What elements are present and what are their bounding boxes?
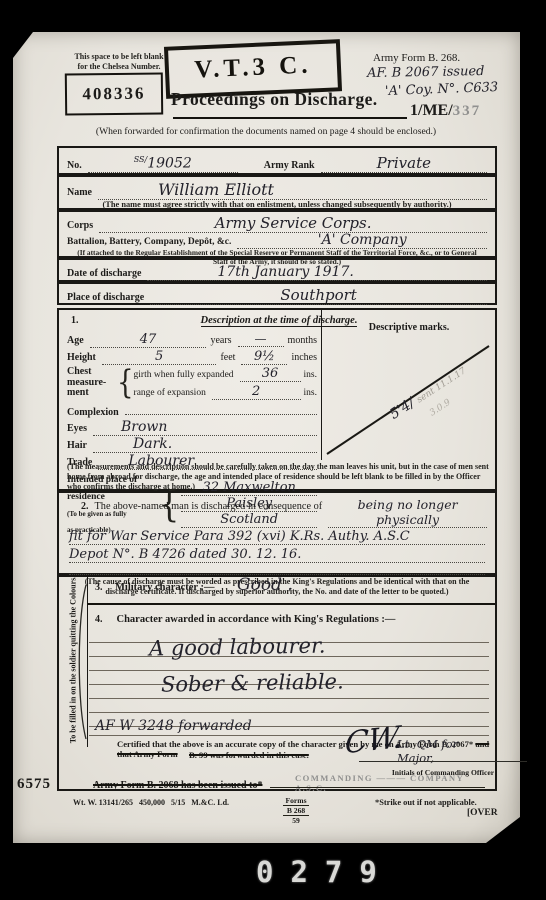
- imprint-wt: Wt. W. 13141/265 450,000 5/15 M.&C. Ld.: [73, 798, 229, 807]
- handwritten-ref-line2-text: 'A' Coy. N°. C633: [385, 80, 499, 99]
- eyes-label: Eyes: [67, 423, 87, 434]
- chelsea-note-line1: This space to be left blank: [74, 52, 163, 61]
- forms-index-line1: Forms: [285, 796, 306, 805]
- forms-index-line2: B 268: [283, 805, 309, 816]
- margin-frame-number: 6575: [17, 776, 51, 793]
- margin-brace: [76, 583, 88, 741]
- b2068-row: Army Form B. 2068 has been issued to*: [93, 777, 485, 791]
- corps-label: Corps: [67, 220, 93, 231]
- page-title: Proceedings on Discharge.: [171, 89, 378, 110]
- date-of-discharge-box: Date of discharge 17th January 1917.: [57, 258, 497, 282]
- over-marker: [OVER: [467, 808, 498, 818]
- battalion-label: Battalion, Battery, Company, Depôt, &c.: [67, 237, 231, 247]
- expansion-value: 2: [212, 384, 301, 400]
- feet-label: feet: [220, 352, 235, 363]
- chelsea-number: 408336: [82, 84, 145, 104]
- page-title-text: Proceedings on Discharge.: [171, 89, 378, 109]
- chelsea-note-line2: for the Chelsea Number.: [77, 62, 160, 71]
- torn-corner-bottom-right: [486, 817, 520, 843]
- forms-index-line3: 59: [292, 816, 300, 825]
- corps-box: Corps Army Service Corps. Battalion, Bat…: [57, 210, 497, 258]
- section-2-number: 2.: [81, 501, 89, 512]
- hair-label: Hair: [67, 440, 87, 451]
- number-rank-box: No. SS/19052 Army Rank Private: [57, 146, 497, 175]
- place-value: Southport: [150, 286, 487, 305]
- b2068-blank-line: [270, 777, 485, 788]
- complexion-label: Complexion: [67, 407, 119, 418]
- imprint-date: 5/15: [171, 798, 185, 807]
- ruled-line: [89, 699, 489, 713]
- b2068-issued-line: Army Form B. 2068 has been issued to*: [93, 780, 262, 791]
- section-1-number: 1.: [71, 315, 79, 326]
- army-form-ref-text: Army Form B. 268.: [373, 52, 460, 64]
- rank-label: Army Rank: [264, 160, 315, 171]
- ruled-line: [89, 735, 489, 736]
- afw-forwarded-note: AF W 3248 forwarded: [95, 718, 252, 734]
- discharge-hw-line3: Depot N°. B 4726 dated 30. 12. 16.: [69, 547, 485, 563]
- expansion-ins-label: ins.: [304, 388, 317, 398]
- no-label: No.: [67, 160, 82, 171]
- eyes-value: Brown: [93, 419, 317, 436]
- girth-value: 36: [240, 366, 301, 382]
- me-prefix: 1/ME/: [410, 102, 453, 119]
- enclosure-note: (When forwarded for confirmation the doc…: [31, 126, 501, 137]
- character-awarded-label: Character awarded in accordance with Kin…: [117, 614, 396, 625]
- character-value-line2: Sober & reliable.: [161, 669, 344, 696]
- girth-ins-label: ins.: [304, 370, 317, 380]
- name-note-text: (The name must agree strictly with that …: [102, 200, 451, 209]
- title-underline: [173, 117, 407, 119]
- section-3-number: 3.: [95, 582, 103, 593]
- column-divider: [321, 310, 322, 460]
- scanned-document-page: This space to be left blank for the Chel…: [13, 32, 520, 843]
- chest-label-line2: measure-: [67, 377, 106, 388]
- discharge-blank-line: [69, 565, 485, 575]
- date-label: Date of discharge: [67, 268, 141, 279]
- name-label: Name: [67, 187, 92, 198]
- margin-strip: To be filled in on the soldier quitting …: [59, 577, 88, 747]
- hair-value: Dark.: [93, 436, 317, 453]
- imprint-wt-number: Wt. W. 13141/265: [73, 798, 133, 807]
- imprint-qty: 450,000: [139, 798, 165, 807]
- chest-label-line1: Chest: [67, 366, 91, 377]
- certification-struck-2: B. 99 was forwarded in this case.: [189, 750, 309, 760]
- discharge-lead: The above-named man is discharged in con…: [95, 501, 323, 512]
- rank-value: Private: [321, 154, 487, 173]
- measurement-note-text: (The measurements and description should…: [67, 462, 489, 491]
- military-character-row: 3. Military character :— Good .: [87, 577, 495, 605]
- corps-value: Army Service Corps.: [99, 214, 487, 233]
- chelsea-number-box: 408336: [65, 72, 163, 115]
- months-label: months: [288, 335, 317, 346]
- no-prefix: SS/: [134, 155, 148, 164]
- height-inches-value: 9½: [241, 349, 287, 365]
- handwritten-ref-line2: 'A' Coy. N°. C633: [385, 80, 499, 99]
- commanding-officer-signature: CW.: [343, 720, 405, 762]
- discharge-hw-line1: being no longer physically: [328, 497, 487, 528]
- age-value: 47: [90, 332, 207, 348]
- discharge-hw-line2: fit for War Service Para 392 (xvi) K.Rs.…: [69, 529, 485, 545]
- torn-corner-top-left: [13, 32, 33, 58]
- character-awarded-row: 4. Character awarded in accordance with …: [87, 609, 395, 627]
- army-form-ref: Army Form B. 268.: [373, 52, 460, 64]
- character-box: To be filled in on the soldier quitting …: [57, 575, 497, 791]
- no-value: SS/19052: [88, 155, 238, 173]
- handwritten-ref-line1-text: AF. B 2067 issued: [367, 64, 485, 81]
- name-note: (The name must agree strictly with that …: [59, 200, 495, 210]
- enclosure-note-text: (When forwarded for confirmation the doc…: [96, 126, 436, 137]
- height-feet-value: 5: [102, 349, 217, 365]
- height-label: Height: [67, 352, 96, 363]
- description-box: 1. Description at the time of discharge.…: [57, 308, 497, 491]
- microfilm-frame: { "counter": "0279", "margin_number": "6…: [0, 0, 546, 900]
- inches-label: inches: [291, 352, 317, 363]
- chest-label-line3: ment: [67, 387, 89, 398]
- girth-label: girth when fully expanded: [134, 370, 234, 380]
- military-character-value: Good .: [237, 575, 293, 595]
- battalion-value: 'A' Company: [237, 232, 487, 249]
- vt-stamp-text: V.T.3 C.: [194, 51, 312, 83]
- name-value: William Elliott: [98, 180, 487, 200]
- strike-out-note: *Strike out if not applicable.: [375, 798, 477, 807]
- age-months-value: —: [238, 332, 284, 347]
- place-of-discharge-box: Place of discharge Southport: [57, 282, 497, 305]
- character-value-line1: A good labourer.: [149, 633, 326, 660]
- chest-label: Chest measure- ment: [67, 367, 117, 399]
- discharge-cause-box: 2. The above-named man is discharged in …: [57, 491, 497, 575]
- me-reference: 1/ME/337: [410, 102, 481, 120]
- section-4-number: 4.: [95, 614, 103, 625]
- imprint-printer: M.&C. Ld.: [191, 798, 229, 807]
- complexion-value-blank: [125, 402, 317, 415]
- age-label: Age: [67, 335, 84, 346]
- no-value-text: 19052: [147, 156, 192, 172]
- name-box: Name William Elliott (The name must agre…: [57, 175, 497, 210]
- military-character-label: Military character :—: [115, 582, 215, 593]
- forms-index: Forms B 268 59: [273, 796, 319, 826]
- expansion-label: range of expansion: [134, 388, 206, 398]
- date-value: 17th January 1917.: [147, 264, 487, 281]
- chest-measurement-block: Chest measure- ment { girth when fully e…: [67, 366, 317, 400]
- place-label: Place of discharge: [67, 292, 144, 303]
- measurement-note: (The measurements and description should…: [67, 462, 491, 491]
- chest-brace: {: [117, 364, 134, 402]
- me-number-stamp: 337: [453, 103, 482, 119]
- frame-counter-display: 0279: [256, 855, 394, 889]
- years-label: years: [210, 335, 231, 346]
- handwritten-ref-line1: AF. B 2067 issued: [367, 64, 485, 81]
